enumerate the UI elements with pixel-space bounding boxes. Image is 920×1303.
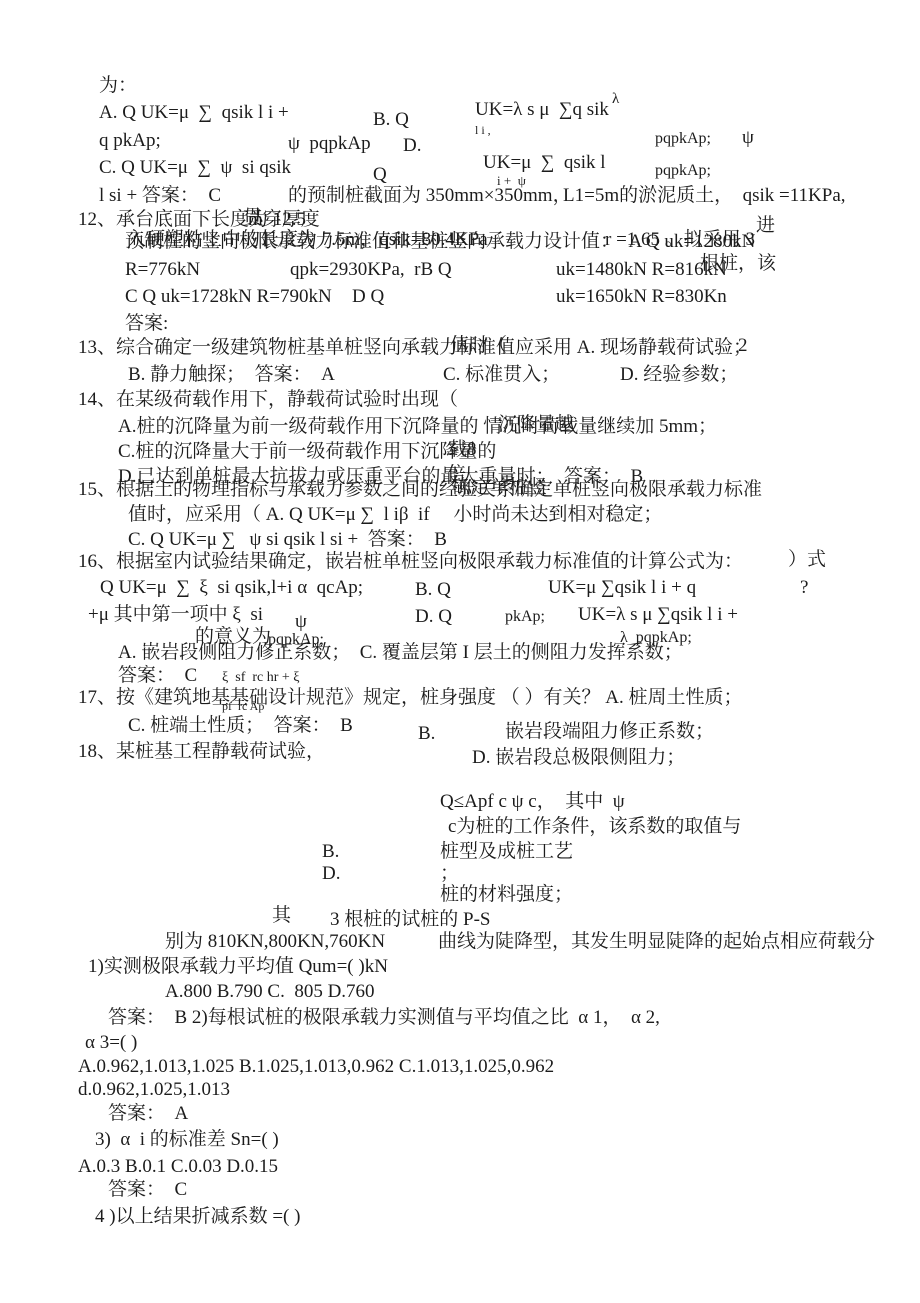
text-line: 17、按《建筑地基基础设计规范》规定，桩身强度 （ ）有关？ A. 桩周土性质；: [78, 688, 742, 708]
text-line: 3 根桩的试桩的 P-S: [330, 910, 490, 930]
text-line: A.0.962,1.013,1.025 B.1.025,1.013,0.962 …: [78, 1057, 554, 1077]
text-line: 沉降量越: [498, 415, 574, 435]
text-line: 确定单桩竖: [452, 478, 547, 498]
text-line: r =1.65 。拟采用 3: [605, 230, 755, 250]
text-line: Q≤Apf c ψ c， 其中 ψ: [440, 792, 625, 812]
text-line: 16、根据室内试验结果确定，嵌岩桩单桩竖向极限承载力标准值的计算公式为：: [78, 552, 743, 572]
text-line: d.0.962,1.025,1.013: [78, 1080, 230, 1100]
text-line: 3) α i 的标准差 Sn=( ): [95, 1130, 279, 1150]
text-line: 载8: [448, 440, 477, 460]
text-line: B. Q: [415, 580, 451, 600]
text-line: C Q uk=1728kN R=790kN: [125, 287, 332, 307]
text-line: D. Q: [415, 607, 452, 627]
text-line: 答案： C: [118, 666, 197, 686]
text-line: +μ 其中第一项中 ξ si: [88, 605, 263, 625]
text-line: B.: [322, 842, 339, 862]
text-line: ψ: [295, 612, 307, 632]
text-line: 别为 810KN,800KN,760KN: [165, 932, 385, 952]
text-line: Q: [373, 165, 387, 185]
text-line: λ: [612, 92, 619, 108]
text-line: UK=λ s μ ∑qsik l i +: [578, 605, 738, 625]
document-page: 为：A. Q UK=μ ∑ qsik l i +B. QUK=λ s μ ∑q …: [0, 0, 920, 1303]
text-line: 根桩，该: [700, 254, 776, 274]
text-line: A. 嵌岩段侧阻力修正系数； C. 覆盖层第 I 层土的侧阻力发挥系数；: [118, 643, 683, 663]
text-line: 4 )以上结果折减系数 =( ): [95, 1207, 300, 1227]
text-line: 的预制桩截面为 350mm×350mm，: [288, 186, 572, 206]
text-line: α 3=( ): [85, 1033, 137, 1053]
text-line: A.800 B.790 C. 805 D.760: [165, 982, 375, 1002]
text-line: A.0.3 B.0.1 C.0.03 D.0.15: [78, 1157, 278, 1177]
text-line: C. 桩端土性质； 答案： B: [128, 716, 353, 736]
text-line: B.: [418, 724, 435, 744]
text-line: 值时，应采用（ A. Q UK=μ ∑ l iβ if 小时尚未达到相对稳定；: [128, 505, 662, 525]
text-line: ξ sf rc hr + ξ: [222, 671, 300, 686]
text-line: ψ pqpkAp: [288, 134, 371, 154]
text-line: qpk=2930KPa, rB Q: [290, 260, 452, 280]
text-line: 1)实测极限承载力平均值 Qum=( )kN: [88, 957, 388, 977]
text-line: B. Q: [373, 110, 409, 130]
text-line: i + ψ: [497, 174, 526, 188]
text-line: Q UK=μ ∑ ξ si qsik,l+i α qcAp;: [100, 578, 363, 598]
text-line: l si + 答案： C: [99, 186, 221, 206]
text-line: q pkAp;: [99, 131, 161, 151]
text-line: C.桩的沉降量大于前一级荷载作用下沉降量的: [118, 442, 496, 462]
text-line: l i ,: [475, 124, 491, 137]
text-line: ）式: [788, 550, 826, 570]
text-line: 答案： B 2)每根试桩的极限承载力实测值与平均值之比 α 1， α 2,: [108, 1008, 660, 1028]
text-line: A. Q UK=μ ∑ qsik l i +: [99, 103, 289, 123]
text-line: D. 经验参数；: [620, 365, 738, 385]
text-line: pf rc Ap: [222, 700, 264, 713]
text-line: B. 静力触探； 答案： A: [128, 365, 335, 385]
text-line: D.: [403, 136, 421, 156]
text-line: D.: [322, 864, 340, 884]
text-line: ；: [440, 864, 459, 884]
text-line: 14、在某级荷载作用下，静载荷试验时出现（: [78, 390, 458, 410]
text-line: 曲线为陡降型，其发生明显陡降的起始点相应荷载分: [438, 932, 875, 952]
text-line: 其: [272, 906, 291, 926]
text-line: UK=μ ∑ qsik l: [483, 153, 606, 173]
text-line: UK=λ s μ ∑q sik: [475, 100, 609, 120]
text-line: C. 标准贯入；: [443, 365, 560, 385]
text-line: C. Q UK=μ ∑ ψ si qsik l si + 答案： B: [128, 530, 447, 550]
text-line: ?: [800, 578, 808, 598]
text-line: 桩型及成桩工艺: [440, 842, 573, 862]
text-line: 为：: [99, 76, 137, 96]
text-line: D Q: [352, 287, 384, 307]
text-line: L1=5m的淤泥质土， qsik =11KPa,: [563, 186, 846, 206]
text-line: m穿厚度: [248, 210, 320, 230]
text-line: pkAp;: [505, 609, 545, 626]
text-line: C. Q UK=μ ∑ ψ si qsik: [99, 158, 291, 178]
text-line: uk=1650kN R=830Kn: [556, 287, 727, 307]
text-line: 18、某桩基工程静载荷试验，: [78, 742, 325, 762]
text-line: A.桩的沉降量为前一级荷载作用下沉降量的 情况时荷载量继续加 5mm；: [118, 417, 717, 437]
text-line: R=776kN: [125, 260, 200, 280]
text-line: pqpkAp;: [655, 163, 711, 180]
text-line: c为桩的工作条件，该系数的取值与: [448, 817, 741, 837]
text-line: 值时（: [450, 336, 507, 356]
text-line: 答案:: [125, 314, 168, 334]
text-line: 13、综合确定一级建筑物桩基单桩竖向承载力标准值应采用 A. 现场静载荷试验；: [78, 338, 752, 358]
text-line: pqpkAp;: [655, 131, 711, 148]
text-line: 2: [738, 336, 748, 356]
text-line: 答案： A: [108, 1104, 188, 1124]
text-line: 桩的材料强度；: [440, 885, 573, 905]
text-line: 嵌岩段端阻力修正系数；: [505, 722, 714, 742]
text-line: UK=μ ∑qsik l i + q: [548, 578, 696, 598]
text-line: 15、根据土的物理指标与承载力参数之间的经验关系确定单桩竖向极限承载力标准: [78, 480, 762, 500]
text-line: ψ: [742, 128, 754, 148]
text-line: 进: [756, 216, 775, 236]
text-line: 答案： C: [108, 1180, 187, 1200]
text-line: D. 嵌岩段总极限侧阻力；: [472, 748, 685, 768]
